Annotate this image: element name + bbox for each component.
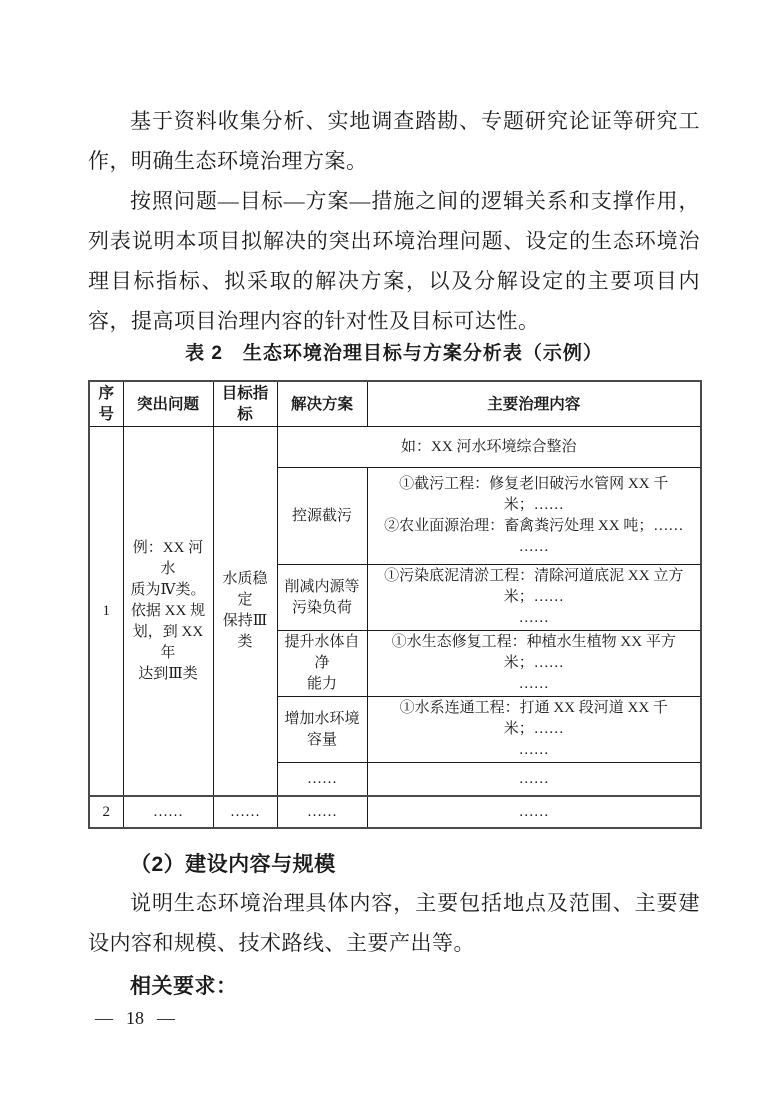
table-row-banner: 1 例：XX 河水 质为Ⅳ类。 依据 XX 规 划，到 XX 年 达到Ⅲ类 水质… bbox=[89, 427, 701, 468]
cell-solution-1: 控源截污 bbox=[277, 468, 367, 565]
paragraph-logic: 按照问题—目标—方案—措施之间的逻辑关系和支撑作用，列表说明本项目拟解决的突出环… bbox=[88, 181, 700, 341]
page-number: — 18 — bbox=[95, 1008, 175, 1029]
header-index: 序号 bbox=[89, 381, 123, 427]
cell-row2-index: 2 bbox=[89, 796, 123, 828]
cell-content-2: ①污染底泥清淤工程：清除河道底泥 XX 立方米；…… …… bbox=[367, 565, 701, 631]
cell-content-5: …… bbox=[367, 763, 701, 797]
footer-dash-right: — bbox=[157, 1008, 175, 1029]
cell-row2-target: …… bbox=[213, 796, 277, 828]
cell-row1-banner: 如：XX 河水环境综合整治 bbox=[277, 427, 701, 468]
cell-row1-problem: 例：XX 河水 质为Ⅳ类。 依据 XX 规 划，到 XX 年 达到Ⅲ类 bbox=[123, 427, 213, 797]
cell-content-1: ①截污工程：修复老旧破污水管网 XX 千米；…… ②农业面源治理：畜禽粪污处理 … bbox=[367, 468, 701, 565]
cell-content-4: ①水系连通工程：打通 XX 段河道 XX 千米；…… …… bbox=[367, 697, 701, 763]
header-content: 主要治理内容 bbox=[367, 381, 701, 427]
table-header-row: 序号 突出问题 目标指标 解决方案 主要治理内容 bbox=[89, 381, 701, 427]
section-heading: （2）建设内容与规模 bbox=[88, 851, 700, 879]
analysis-table: 序号 突出问题 目标指标 解决方案 主要治理内容 1 例：XX 河水 质为Ⅳ类。… bbox=[88, 380, 702, 829]
cell-row2-content: …… bbox=[367, 796, 701, 828]
paragraph-intro: 基于资料收集分析、实地调查踏勘、专题研究论证等研究工作，明确生态环境治理方案。 bbox=[88, 101, 700, 181]
table-row-2: 2 …… …… …… …… bbox=[89, 796, 701, 828]
cell-solution-5: …… bbox=[277, 763, 367, 797]
cell-solution-2: 削减内源等 污染负荷 bbox=[277, 565, 367, 631]
table-title: 表 2 生态环境治理目标与方案分析表（示例） bbox=[88, 341, 700, 367]
header-problem: 突出问题 bbox=[123, 381, 213, 427]
document-page: 基于资料收集分析、实地调查踏勘、专题研究论证等研究工作，明确生态环境治理方案。 … bbox=[88, 0, 700, 1001]
cell-row2-problem: …… bbox=[123, 796, 213, 828]
header-solution: 解决方案 bbox=[277, 381, 367, 427]
cell-solution-4: 增加水环境 容量 bbox=[277, 697, 367, 763]
cell-content-3: ①水生态修复工程：种植水生植物 XX 平方米；…… …… bbox=[367, 631, 701, 697]
requirements-label: 相关要求： bbox=[88, 973, 700, 1001]
footer-dash-left: — bbox=[95, 1008, 113, 1029]
cell-solution-3: 提升水体自净 能力 bbox=[277, 631, 367, 697]
section-body: 说明生态环境治理具体内容，主要包括地点及范围、主要建设内容和规模、技术路线、主要… bbox=[88, 883, 700, 963]
header-target: 目标指标 bbox=[213, 381, 277, 427]
cell-row1-index: 1 bbox=[89, 427, 123, 797]
cell-row2-solution: …… bbox=[277, 796, 367, 828]
footer-page-number: 18 bbox=[126, 1008, 144, 1029]
cell-row1-target: 水质稳定 保持Ⅲ类 bbox=[213, 427, 277, 797]
